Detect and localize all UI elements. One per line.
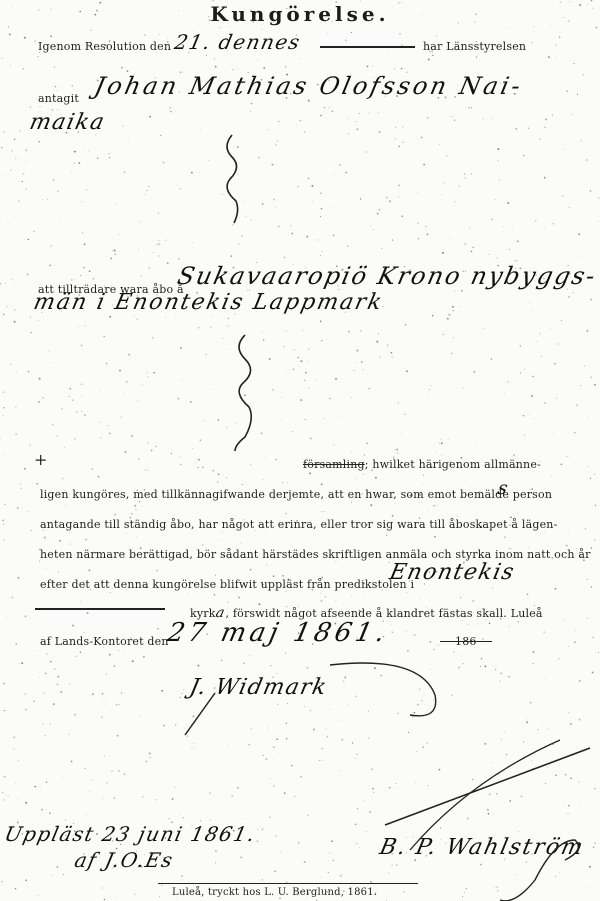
footer-rule — [158, 883, 418, 884]
second-signature-rise — [410, 740, 560, 850]
body-line-2: ligen kungöres, med tillkännagifwande de… — [40, 488, 552, 501]
body-line-3: antagande till ständig åbo, har något at… — [40, 518, 558, 531]
signature-flourish — [330, 663, 436, 716]
antagit-label: antagit — [38, 92, 79, 105]
body-line-1-text: ; hwilket härigenom allmänne- — [365, 458, 541, 471]
upplast-note: Uppläst 23 juni 1861. — [2, 822, 258, 846]
handwritten-place: Sukavaaropiö Krono nybyggs- — [175, 262, 599, 290]
printer-imprint: Luleå, tryckt hos L. U. Berglund, 1861. — [172, 887, 377, 898]
resolution-suffix: har Länsstyrelsen — [423, 40, 526, 53]
signature-widmark: J. Widmark — [187, 675, 330, 700]
handwritten-place-continued: män i Enontekis Lappmark — [31, 290, 385, 315]
struck-year-line — [440, 641, 492, 642]
ink-strokes — [0, 0, 600, 901]
handwritten-parish: Enontekis — [387, 560, 517, 585]
struck-word: församling — [303, 458, 365, 471]
body-line-1: församling; hwilket härigenom allmänne- — [303, 458, 541, 471]
fill-line-2 — [35, 608, 165, 610]
upplast-by: af J.O.Es — [72, 848, 176, 872]
paper-speckle-texture — [0, 0, 600, 901]
handwritten-resolution-date: 21. dennes — [172, 30, 303, 54]
squiggle-brace-1 — [227, 135, 238, 223]
handwritten-name-continued: maika — [27, 110, 107, 135]
handwritten-office-date: 27 maj 1861. — [165, 618, 392, 648]
second-signature-stroke — [385, 748, 590, 825]
squiggle-brace-2 — [235, 335, 251, 451]
insert-marker: + — [34, 450, 48, 469]
resolution-prefix: Igenom Resolution den — [38, 40, 171, 53]
handwritten-name: Johan Mathias Olofsson Nai- — [92, 72, 526, 100]
fill-line — [320, 46, 415, 48]
office-date-prefix: af Lands-Kontoret den — [40, 635, 169, 648]
document-title: Kungörelse. — [0, 2, 600, 26]
body-line-5: efter det att denna kungörelse blifwit u… — [40, 578, 414, 591]
signature-second: B. P. Wahlström — [377, 835, 587, 860]
